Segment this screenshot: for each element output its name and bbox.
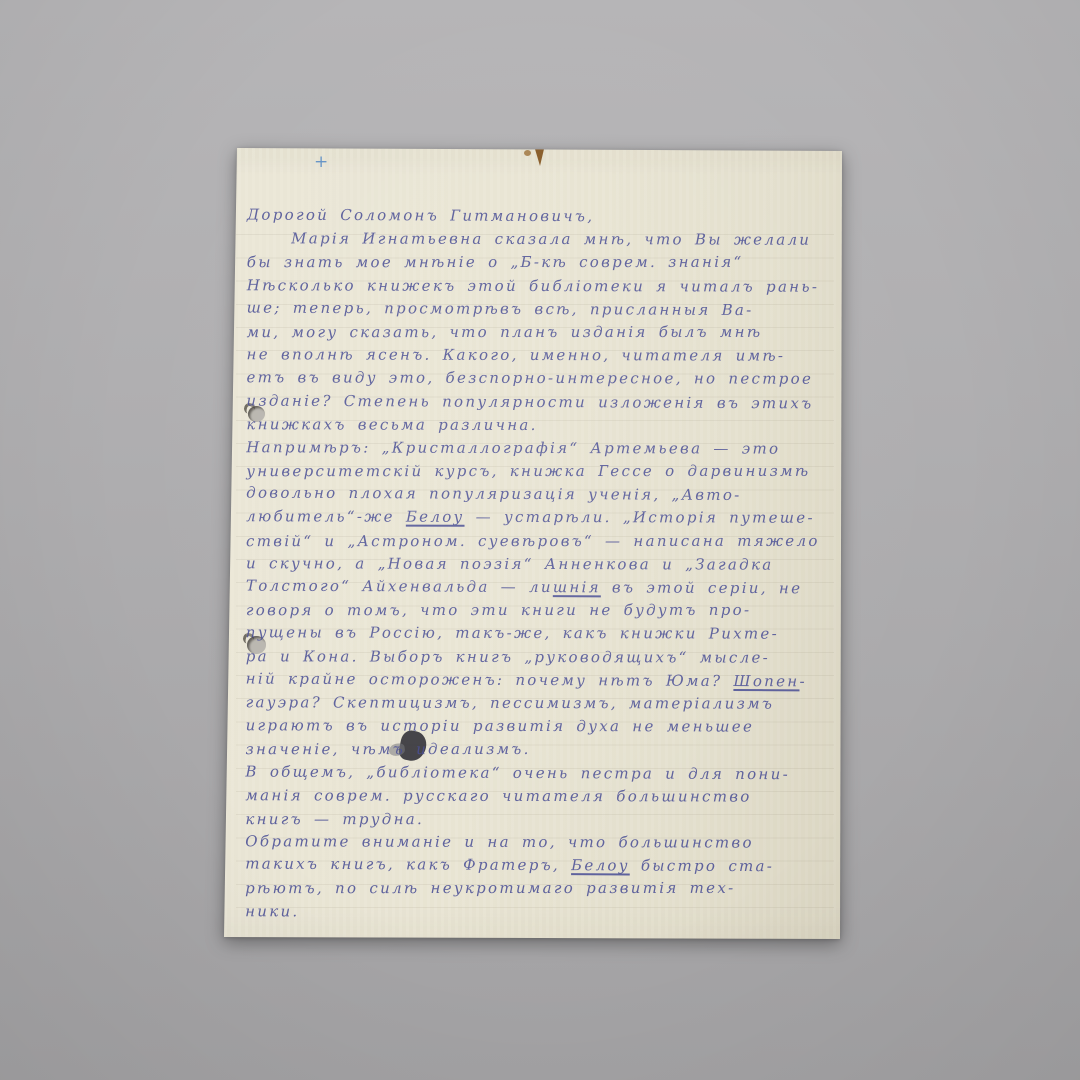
letter-line: гауэра? Скептицизмъ, пессимизмъ, матеріа… xyxy=(246,691,832,716)
letter-line: говоря о томъ, что эти книги не будутъ п… xyxy=(246,599,832,622)
letter-line: такихъ книгъ, какъ Фратеръ, Белоу быстро… xyxy=(245,853,831,879)
letter-line: любитель“-же Белоу — устарѣли. „Исторія … xyxy=(246,506,832,531)
letter-line: Толстого“ Айхенвальда — лишнія въ этой с… xyxy=(246,575,832,601)
letter-line: книжкахъ весьма различна. xyxy=(246,413,832,438)
letter-line: университетскій курсъ, книжка Гессе о да… xyxy=(246,460,832,483)
letter-line: етъ въ виду это, безспорно-интересное, н… xyxy=(246,367,832,392)
letter-line: манія соврем. русскаго читателя большинс… xyxy=(245,784,831,809)
letter-line: и скучно, а „Новая поэзія“ Анненкова и „… xyxy=(246,552,832,577)
letter-line: изданіе? Степень популярности изложенія … xyxy=(246,389,832,415)
letter-line: Марія Игнатьевна сказала мнѣ, что Вы жел… xyxy=(247,227,833,252)
handwritten-text: Дорогой Соломонъ Гитмановичъ, Марія Игна… xyxy=(245,204,833,924)
letter-line: ра и Кона. Выборъ книгъ „руководящихъ“ м… xyxy=(246,645,832,670)
letter-line: Обратите вниманіе и на то, что большинст… xyxy=(245,830,831,855)
letter-line: Напримѣръ: „Кристаллографія“ Артемьева —… xyxy=(246,436,832,461)
letter-line: играютъ въ исторіи развитія духа не мень… xyxy=(246,714,832,739)
stain-triangle xyxy=(535,149,544,166)
letter-line: пущены въ Россію, такъ-же, какъ книжки Р… xyxy=(246,622,832,647)
letter-line: бы знать мое мнѣніе о „Б-кѣ соврем. знан… xyxy=(247,251,833,274)
letter-line: не вполнѣ ясенъ. Какого, именно, читател… xyxy=(247,343,833,368)
letter-sheet: + Дорогой Соломонъ Гитмановичъ, Марія Иг… xyxy=(224,148,846,939)
letter-line: значеніе, чѣмъ идеализмъ. xyxy=(246,738,832,761)
photo-backdrop: + Дорогой Соломонъ Гитмановичъ, Марія Иг… xyxy=(0,0,1080,1080)
letter-line: ми, могу сказать, что планъ изданія былъ… xyxy=(247,321,833,344)
letter-sheet-wrapper: + Дорогой Соломонъ Гитмановичъ, Марія Иг… xyxy=(224,148,846,939)
blue-cross-mark: + xyxy=(314,152,328,172)
letter-line: В общемъ, „библіотека“ очень пестра и дл… xyxy=(245,760,831,786)
letter-line: Нѣсколько книжекъ этой библіотеки я чита… xyxy=(247,274,833,299)
letter-line: ствій“ и „Астроном. суевѣровъ“ — написан… xyxy=(246,529,832,552)
letter-line: книгъ — трудна. xyxy=(245,808,831,831)
letter-line: довольно плохая популяризація ученія, „А… xyxy=(246,482,832,508)
letter-line: Дорогой Соломонъ Гитмановичъ, xyxy=(247,204,833,230)
letter-line: ній крайне остороженъ: почему нѣтъ Юма? … xyxy=(246,667,832,693)
letter-line: ше; теперь, просмотрѣвъ всѣ, присланныя … xyxy=(247,296,833,322)
stain-dot xyxy=(524,150,531,156)
letter-line: рѣютъ, по силѣ неукротимаго развитія тех… xyxy=(245,877,831,900)
letter-line: ники. xyxy=(245,900,831,925)
